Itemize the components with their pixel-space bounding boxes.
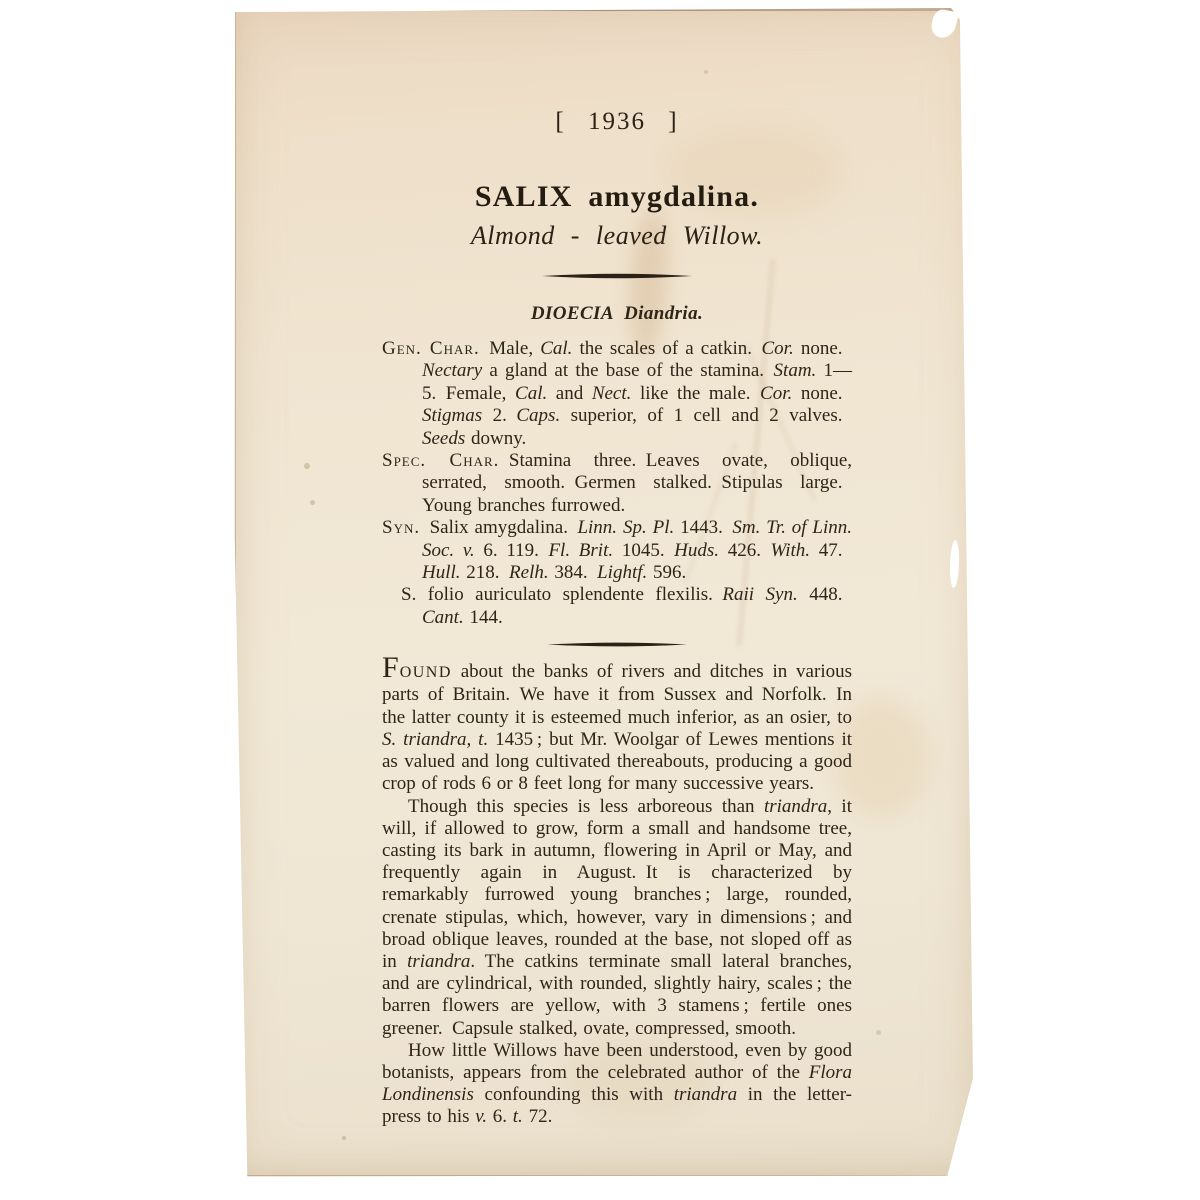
paper-bottom-edge bbox=[244, 1175, 954, 1178]
synonyms-paragraph: Syn. Salix amygdalina. Linn. Sp. Pl. 144… bbox=[382, 517, 852, 584]
ornamental-rule bbox=[542, 273, 692, 279]
body-paragraph-3: How little Willows have been understood,… bbox=[382, 1040, 852, 1129]
common-name: Almond - leaved Willow. bbox=[382, 221, 852, 251]
body-paragraph-1: FOUND about the banks of rivers and ditc… bbox=[382, 661, 852, 795]
scanned-book-page: [ 1936 ] SALIX amygdalina. Almond - leav… bbox=[234, 8, 974, 1178]
foxing-spot bbox=[876, 1030, 881, 1035]
paper-nick bbox=[949, 540, 960, 588]
body-paragraph-2: Though this species is less arboreous th… bbox=[382, 796, 852, 1040]
ornamental-rule bbox=[547, 642, 687, 647]
text-column: [ 1936 ] SALIX amygdalina. Almond - leav… bbox=[382, 8, 852, 1129]
classification-heading: DIOECIA Diandria. bbox=[382, 303, 852, 325]
paper-chip bbox=[929, 8, 959, 41]
description-block: FOUND about the banks of rivers and ditc… bbox=[382, 661, 852, 1128]
page-number: [ 1936 ] bbox=[382, 108, 852, 136]
species-title: SALIX amygdalina. bbox=[382, 180, 852, 214]
spec-char-paragraph: Spec. Char. Stamina three. Leaves ovate,… bbox=[382, 450, 852, 517]
gen-char-paragraph: Gen. Char. Male, Cal. the scales of a ca… bbox=[382, 338, 852, 450]
foxing-spot bbox=[304, 463, 310, 469]
synonyms-paragraph-2: S. folio auriculato splendente flexilis.… bbox=[382, 584, 852, 629]
foxing-spot bbox=[342, 1136, 346, 1140]
foxing-spot bbox=[310, 500, 315, 505]
characters-block: Gen. Char. Male, Cal. the scales of a ca… bbox=[382, 338, 852, 629]
paper-left-edge bbox=[234, 8, 236, 1178]
